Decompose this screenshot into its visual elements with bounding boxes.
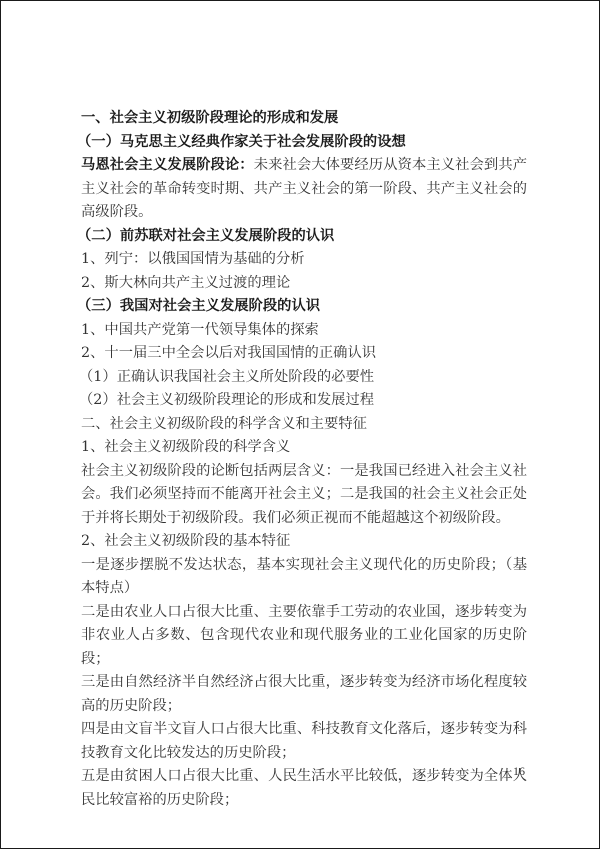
list-item: 2、十一届三中全会以后对我国国情的正确认识 bbox=[81, 342, 527, 366]
page-number: 16 bbox=[513, 764, 525, 779]
part-heading: 2、社会主义初级阶段的基本特征 bbox=[81, 530, 527, 554]
subsection-heading: （二）前苏联对社会主义发展阶段的认识 bbox=[77, 225, 527, 249]
subsection-heading: （三）我国对社会主义发展阶段的认识 bbox=[77, 295, 527, 319]
list-item: 1、列宁：以俄国国情为基础的分析 bbox=[81, 248, 527, 272]
section-heading: 一、社会主义初级阶段理论的形成和发展 bbox=[81, 107, 527, 131]
paragraph: 马恩社会主义发展阶段论：未来社会大体要经历从资本主义社会到共产主义社会的革命转变… bbox=[81, 154, 527, 225]
feature-item: 四是由文盲半文盲人口占很大比重、科技教育文化落后，逐步转变为科技教育文化比较发达… bbox=[81, 718, 527, 765]
part-heading: 1、社会主义初级阶段的科学含义 bbox=[81, 436, 527, 460]
feature-item: 三是由自然经济半自然经济占很大比重，逐步转变为经济市场化程度较高的历史阶段； bbox=[81, 671, 527, 718]
page-content: 一、社会主义初级阶段理论的形成和发展 （一）马克思主义经典作家关于社会发展阶段的… bbox=[81, 107, 527, 812]
list-item: 1、中国共产党第一代领导集体的探索 bbox=[81, 319, 527, 343]
paragraph: 社会主义初级阶段的论断包括两层含义：一是我国已经进入社会主义社会。我们必须坚持而… bbox=[81, 460, 527, 531]
document-page: 一、社会主义初级阶段理论的形成和发展 （一）马克思主义经典作家关于社会发展阶段的… bbox=[0, 0, 600, 849]
feature-item: 一是逐步摆脱不发达状态，基本实现社会主义现代化的历史阶段；（基本特点） bbox=[81, 554, 527, 601]
sub-list-item: （1）正确认识我国社会主义所处阶段的必要性 bbox=[79, 366, 527, 390]
list-item: 2、斯大林向共产主义过渡的理论 bbox=[81, 272, 527, 296]
feature-item: 二是由农业人口占很大比重、主要依靠手工劳动的农业国，逐步转变为非农业人占多数、包… bbox=[81, 601, 527, 672]
sub-list-item: （2）社会主义初级阶段理论的形成和发展过程 bbox=[79, 389, 527, 413]
term-label: 马恩社会主义发展阶段论： bbox=[81, 157, 254, 173]
section-heading: 二、社会主义初级阶段的科学含义和主要特征 bbox=[81, 413, 527, 437]
feature-item: 五是由贫困人口占很大比重、人民生活水平比较低，逐步转变为全体人民比较富裕的历史阶… bbox=[81, 765, 527, 812]
subsection-heading: （一）马克思主义经典作家关于社会发展阶段的设想 bbox=[77, 131, 527, 155]
